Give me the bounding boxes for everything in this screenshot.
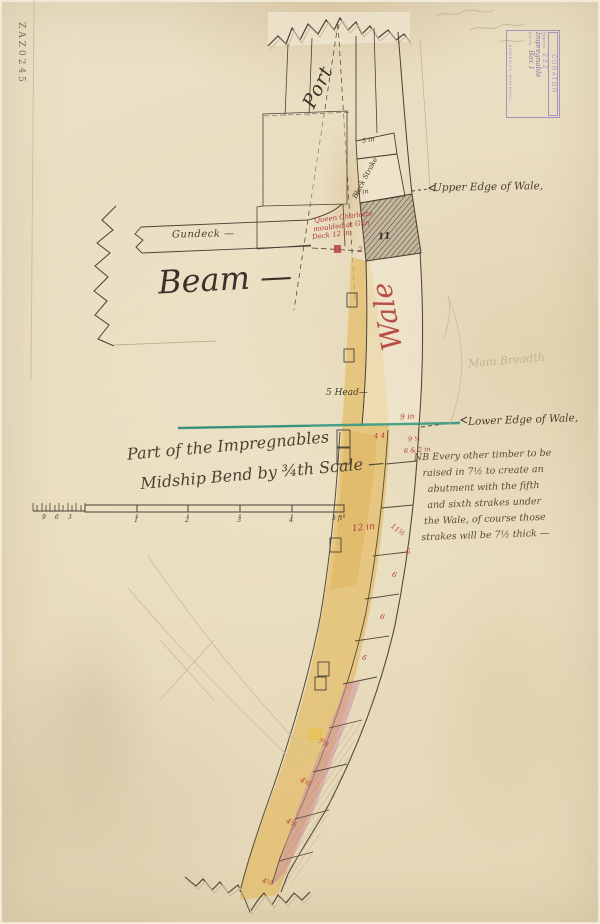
scale-end-label: 5 ft (332, 515, 342, 522)
stamp-regd-label: Regd No. (541, 32, 547, 49)
scale-foot-3: 3 (237, 516, 241, 524)
measure: 9 in (400, 412, 415, 422)
wale-number: 11 (378, 231, 392, 242)
curator-stamp: CURATOR Regd No. 222 Impregnable Box No.… (506, 30, 560, 118)
measure: 4 4 (374, 432, 386, 441)
red-mark (334, 245, 341, 253)
nb-note: NB Every other timber to be raised in 7½… (396, 445, 571, 547)
stamp-box-value: Box 1 (527, 50, 534, 70)
gundeck-label: Gundeck — (172, 228, 235, 240)
measure: 2 (358, 246, 362, 254)
paper-edge (31, 0, 34, 380)
scale-foot-1: 1 (134, 516, 138, 524)
archive-ref: ZAZ0245 (16, 22, 26, 85)
scale-inch-9: 9 (42, 514, 46, 521)
scale-foot-4: 4 (289, 516, 293, 524)
measure: 6 (406, 548, 410, 556)
stamp-footer: ADMIRALTY, WHITEHALL. (508, 32, 513, 116)
drawing-sheet: ZAZ0245 CURATOR Regd No. 222 Impregnable… (0, 0, 600, 924)
stamp-box-label: Box No. (527, 32, 533, 46)
upper-edge-of-wale-label: Upper Edge of Wale, (433, 180, 543, 194)
stamp-header: CURATOR (548, 32, 558, 116)
torn-top-edge (268, 12, 412, 49)
stamp-ship-name: Impregnable (534, 32, 541, 77)
scale-foot-2: 2 (185, 516, 189, 524)
stamp-number: 222 (541, 53, 548, 71)
beam-label: Beam — (157, 257, 293, 302)
measure: 9 ½ (408, 435, 421, 444)
scale-inch-3: 3 (68, 514, 72, 521)
five-head-label: 5 Head— (326, 388, 368, 398)
scale-inch-6: 6 (55, 514, 59, 521)
